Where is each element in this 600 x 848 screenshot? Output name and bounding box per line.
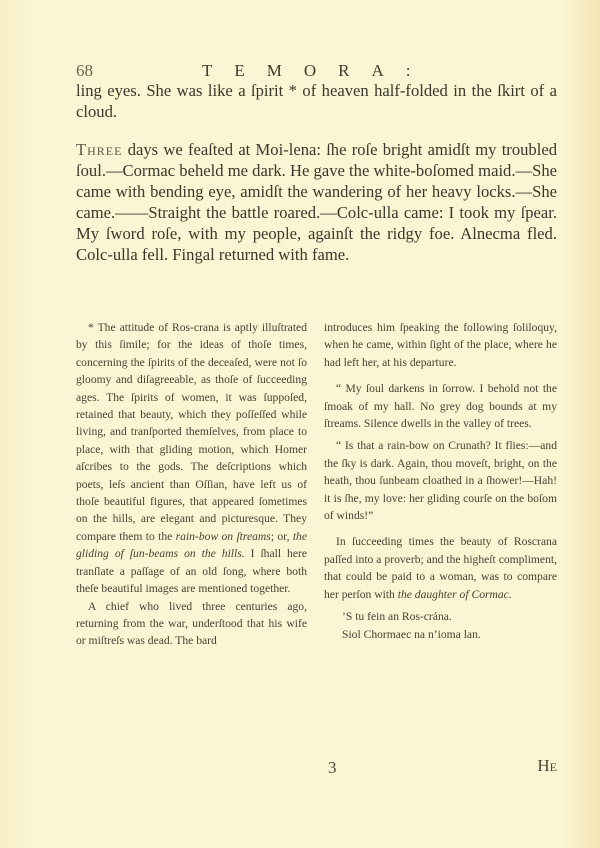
footnote-text: ; or,: [271, 530, 293, 543]
main-paragraph-1: ling eyes. She was like a ſpirit * of he…: [76, 80, 557, 122]
catchword: He: [537, 756, 557, 776]
verse-line: Siol Chormaec na n’ioma lan.: [324, 626, 557, 643]
main-text: ling eyes. She was like a ſpirit * of he…: [76, 80, 557, 265]
footnote-right-column: introduces him ſpeaking the following ſo…: [324, 319, 557, 643]
book-page: 68 TEMORA: ling eyes. She was like a ſpi…: [0, 0, 600, 848]
paragraph-body: days we feaſted at Moi-lena: ſhe roſe br…: [76, 140, 557, 264]
page-number: 68: [76, 61, 93, 81]
soliloquy-paragraph: “ My ſoul darkens in ſorrow. I behold no…: [324, 380, 557, 432]
footnote-paragraph: A chief who lived three centuries ago, r…: [76, 598, 307, 650]
verse-line: ’S tu fein an Ros-crána.: [324, 608, 557, 625]
signature-mark: 3: [328, 758, 337, 778]
footnote-text: * The attitude of Ros-crana is aptly ill…: [76, 321, 307, 543]
footnote-left-column: * The attitude of Ros-crana is aptly ill…: [76, 319, 307, 650]
soliloquy-paragraph: “ Is that a rain-bow on Crunath? It flie…: [324, 437, 557, 524]
footnote-paragraph: introduces him ſpeaking the following ſo…: [324, 319, 557, 371]
main-paragraph-2: Three days we feaſted at Moi-lena: ſhe r…: [76, 139, 557, 265]
footnote-paragraph: * The attitude of Ros-crana is aptly ill…: [76, 319, 307, 598]
running-title: TEMORA:: [202, 61, 433, 81]
footnote-italic: the daughter of Cormac.: [398, 588, 512, 601]
paragraph-lead-word: Three: [76, 140, 122, 159]
footnote-italic: rain-bow on ſtreams: [176, 530, 271, 543]
page-footer: 3 He: [76, 758, 557, 782]
footnote-paragraph: In ſucceeding times the beauty of Roscra…: [324, 533, 557, 603]
